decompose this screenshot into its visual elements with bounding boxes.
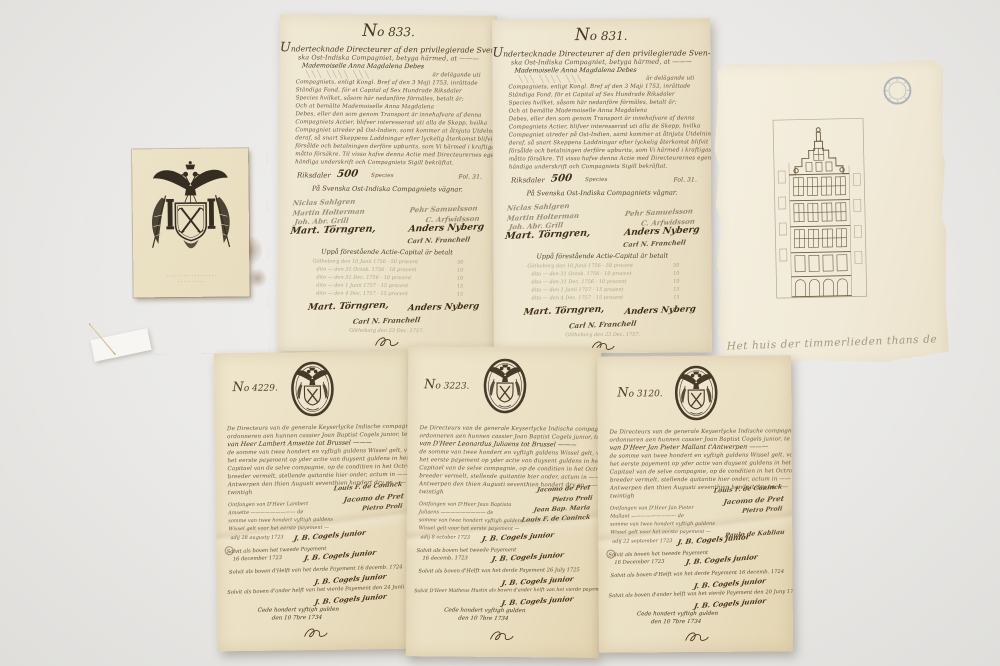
certificate-subline: ska Ost-Indiska Compagniet, betyga härme… <box>492 58 710 66</box>
payment-row-text: Götheborg den 10 Junii 1756 · 50 procent <box>527 264 633 270</box>
cashier-signature: Carl N. Franchell <box>278 314 496 327</box>
payment-table-title: Uppå förestående Actie-Capital är betalt <box>279 248 496 256</box>
date-line: Götheborg den 23 Dec. 1757. <box>278 328 495 335</box>
date-line: Götheborg den 23 Dec. 1757. <box>494 332 712 338</box>
payment-row-text: dito — den 31 Octob. 1756 · 10 procent <box>316 268 416 274</box>
riksdaler-amount: 500 <box>550 174 572 185</box>
coat-of-arms-illustration <box>145 158 236 259</box>
signature-flourish <box>488 629 516 643</box>
body-line: Och at bemälte Mademoiselle Anna Magdale… <box>296 104 435 111</box>
director-signature: Mart. Törngren, <box>523 306 605 318</box>
body-line: är delägande uti <box>432 73 480 79</box>
body-line: försålde och betalningen derföre upburit… <box>509 148 712 155</box>
faint-signature: Niclas Sahlgren <box>292 198 356 207</box>
shareholder-name: Mademoiselle Anna Magdalena Debes <box>301 63 424 70</box>
director-signature: Louis F. de Coninck <box>521 515 591 524</box>
director-signature: Anders Nyberg <box>624 305 696 316</box>
payer-name-line: van D'Heer Jan Pieter Mallant t'Antwerpe… <box>609 444 768 451</box>
payment-row-amount: 10 <box>457 276 463 281</box>
printed-line: Capitael van de selve compagnie, op de c… <box>610 469 793 476</box>
payment-row-text: dito — den 4 Dec. 1757 · 15 procent <box>316 292 408 298</box>
director-signature: Jacomo de Pret <box>723 495 784 506</box>
payment-row-text: dito — den 31 Dec. 1756 · 10 procent <box>531 280 626 285</box>
director-signature: Mart. Törngren, <box>307 302 389 313</box>
building-etching-sheet: Het huis der timmerlieden thans de <box>713 60 949 369</box>
signature-flourish <box>302 626 330 640</box>
receipt-date: adij 8 october 1723 <box>421 535 470 540</box>
company-line: På Svenska Ost-Indiska Compagniets vägna… <box>493 189 711 197</box>
solvit-date: 16 decemb. 1723 <box>422 556 467 562</box>
payment-row-amount: 10 <box>673 280 679 285</box>
solvit-line: Solvit als boven d'Helft van het derde P… <box>418 568 579 575</box>
body-line: Compagniet utreder på Ost-Indien, samt k… <box>295 128 497 135</box>
body-line: deraf, så snart Skeppens Laddningar efte… <box>509 140 709 147</box>
body-line: Compagniets, enligt Kongl. Bref af den 3… <box>296 80 478 87</box>
body-line: händiga underskrift och Compagniets Sigi… <box>295 160 454 167</box>
certificate-subline: ska Ost-Indiska Compagniet, betyga härme… <box>280 54 497 62</box>
body-line: är delägande uti <box>646 77 694 83</box>
auction-photo-scene: · · · · · · · · · · · · · · · · · · · · … <box>0 0 1000 666</box>
folio-number: Fol. 31. <box>458 174 482 180</box>
printed-line: het eerste payement op yder actie van du… <box>419 458 600 465</box>
cashier-signature: J. B. Cogels junior <box>314 593 387 606</box>
payer-name-line: van D'Heer Leonardus Juliaens tot Brusse… <box>419 441 577 449</box>
body-line: Compagniets Actier, blifver interesserad… <box>509 124 701 131</box>
payment-row-amount: 50 <box>673 264 679 269</box>
director-signature: Pietro Proli <box>551 496 593 504</box>
company-crest-medallion <box>289 360 336 419</box>
payment-row-text: dito — den 1 Junii 1757 · 15 procent <box>532 288 624 293</box>
armorial-mount-sheet: · · · · · · · · · · · · · · · · · · · · … <box>87 115 269 355</box>
species-label: Species <box>371 174 394 180</box>
receipt-line: Ontfangen van D'Heer Lambert <box>228 502 308 508</box>
receipt-line: Wissel gelt voor het eerste payement — <box>419 526 520 532</box>
riksdaler-label: Riksdaler <box>297 172 331 179</box>
printed-line: Capitael van de selve compagnie, op de c… <box>419 466 601 473</box>
body-line: måtto försäkre. Til visso hafve denna Ac… <box>295 152 497 159</box>
payment-row-amount: 50 <box>457 260 463 265</box>
cashier-signature: Carl N. Franchell <box>622 239 685 248</box>
riksdaler-label: Riksdaler <box>511 177 545 184</box>
body-line: Compagniets, enligt Kongl. Bref af den 3… <box>508 85 690 92</box>
receipt-line: somme van twee hondert vyftigh guldens <box>610 522 715 528</box>
payment-row-text: dito — den 1 Junii 1757 · 15 procent <box>316 284 408 290</box>
payment-row-amount: 10 <box>673 272 679 277</box>
cashier-signature: J. B. Cogels junior <box>501 575 574 586</box>
cancellation-marks: ╲╲╲ ╲╲╲╲ ╲╲╲ <box>306 71 371 78</box>
director-signature: Louis F. de Coninck <box>713 485 783 495</box>
receipt-line: somme van twee hondert vyftigh guldens <box>228 518 333 524</box>
signature-flourish <box>683 630 711 644</box>
payment-row-text: dito — den 4 Dec. 1757 · 15 procent <box>532 296 624 301</box>
building-etching-illustration <box>772 117 868 299</box>
species-label: Species <box>585 178 608 184</box>
printed-line: breeder vermelt, stellende quitantie hie… <box>419 474 600 481</box>
director-signature: Pietro Proli <box>741 506 782 515</box>
cashier-signature: J. B. Cogels junior <box>481 531 554 542</box>
payment-row-text: Götheborg den 10 Junii 1756 · 50 procent <box>312 259 418 265</box>
receipt-date: adij 28 augusty 1723 <box>230 535 283 541</box>
faint-signature: Martin Holterman <box>292 208 365 217</box>
cashier-signature: J. B. Cogels junior <box>491 551 564 562</box>
engraving-caption-line1: · · · · · · · · · · · · · · · · · · <box>133 274 249 278</box>
faint-signature: Pehr Samuelsson <box>625 207 694 217</box>
payment-row-text: dito — den 31 Octob. 1756 · 10 procent <box>531 272 631 278</box>
receipt-date: adij 22 september 1723 <box>612 539 672 544</box>
body-line: måtto försäkre. Til visso hafve denna Ac… <box>509 156 712 163</box>
printed-line: De Directeurs van de generale Keyserlyck… <box>420 426 602 433</box>
payment-row-amount: 10 <box>457 268 463 273</box>
body-line: deraf, så snart Skeppens Laddningar efte… <box>295 136 495 143</box>
body-line: Ständiga Fond, för et Capital af Sex Hun… <box>509 93 675 99</box>
faint-signature: Pehr Samuelsson <box>410 204 479 213</box>
director-signature: Jean Bap. Maria <box>533 505 591 514</box>
note-date: den 10 7bre 1734 <box>651 620 702 626</box>
receipt-number: No 3223. <box>424 378 470 391</box>
signature-flourish <box>372 335 402 349</box>
payment-row-amount: 15 <box>673 296 679 301</box>
printed-line: het eerste payement op yder actie van du… <box>610 461 791 468</box>
note-date: den 10 7bre 1734 <box>271 616 322 622</box>
engraving-caption-line2: · · · · · · · · · · <box>133 280 249 284</box>
handwritten-caption: Het huis der timmerlieden thans de <box>727 334 938 352</box>
receipt-line: Ontfangen van D'Heer Jan Pieter <box>610 506 694 512</box>
round-ink-stamp <box>881 74 914 107</box>
faint-signature: Niclas Sahlgren <box>506 202 570 212</box>
note-line: Cede hondert vyftigh gulden <box>444 608 526 614</box>
printed-line: de somme van twee hondert en vyftigh gul… <box>419 450 601 457</box>
cashier-signature: J. B. Cogels junior <box>501 595 574 606</box>
company-crest-medallion <box>673 364 719 422</box>
body-line: Species hvilket, såsom här nedanföre för… <box>296 96 464 103</box>
armorial-print: · · · · · · · · · · · · · · · · · · · · … <box>132 148 250 297</box>
body-line: Species hvilket, såsom här nedanföre för… <box>509 101 677 107</box>
cashier-signature: Carl N. Franchell <box>493 317 712 333</box>
gic-receipt-3120: No 3120. De Directeurs van de generale K… <box>597 355 793 652</box>
director-signature: Pietro Proli <box>361 504 402 513</box>
body-line: Ständiga Fond, för et Capital af Sex Hun… <box>296 88 462 95</box>
shareholder-name: Mademoiselle Anna Magdalena Debes <box>514 68 637 75</box>
director-signature: Anders Nyberg <box>408 223 485 234</box>
receipt-line: Amsette ————————— de <box>228 510 303 516</box>
printed-line: De Directeurs van de generale Keyserlyck… <box>609 429 793 436</box>
payment-table-title: Uppå förestående Actie-Capital är betalt <box>493 252 711 260</box>
payment-row-amount: 15 <box>457 292 463 297</box>
note-date: den 10 7bre 1734 <box>458 617 509 623</box>
foxing-stain <box>248 267 266 289</box>
receipt-line: Ontfangen van D'Heer Jean Baptista <box>419 502 511 508</box>
body-line: Debes, eller den som genom Transport är … <box>509 117 695 124</box>
director-signature: Mart. Törngren, <box>290 224 377 236</box>
certificate-number: No 833. <box>280 22 497 41</box>
company-line: På Svenska Ost-Indiska Compagniets vägna… <box>279 185 496 193</box>
director-signature: Jacomo de Pret <box>537 485 591 493</box>
note-line: Cede hondert vyftigh gulden <box>637 612 719 618</box>
printed-line: twintigh <box>228 491 253 497</box>
cashier-signature: Carl N. Franchell <box>407 236 471 244</box>
gic-receipt-4229: No 4229. De Directeurs van de generale K… <box>214 351 414 652</box>
director-signature: Mart. Törngren, <box>504 229 591 242</box>
body-line: försålde och betalningen derföre upburit… <box>295 144 497 151</box>
printed-line: breeder vermelt, stellende quitantie hie… <box>610 477 791 484</box>
cashier-signature: J. B. Cogels junior <box>694 597 767 609</box>
gic-receipt-3223: No 3223. De Directeurs van de generale K… <box>406 346 602 658</box>
solvit-date: 16 december 1723 <box>233 556 282 563</box>
receipt-number: No 3120. <box>617 386 663 399</box>
payment-row-text: dito — den 31 Dec. 1756 · 10 procent <box>316 276 411 282</box>
receipt-line: Juliaens ————————— de <box>419 510 494 516</box>
folio-number: Fol. 31. <box>673 178 697 184</box>
company-crest-medallion <box>482 357 529 415</box>
note-line: Cede hondert vyftigh gulden <box>257 608 339 615</box>
soic-certificate-833: No 833. Undertecknade Directeurer af den… <box>278 14 497 353</box>
printed-line: twintigh <box>610 494 634 500</box>
body-line: Och at bemälte Mademoiselle Anna Magdale… <box>509 109 648 115</box>
printed-line: twintigh <box>419 490 444 496</box>
solvit-date: 16 December 1723 <box>614 560 664 566</box>
certificate-number: No 831. <box>492 26 710 44</box>
director-signature: Anders Nyberg <box>407 302 480 312</box>
soic-certificate-831: No 831. Undertecknade Directeurer af den… <box>492 18 712 353</box>
receipt-line: somme van twee hondert vyftigh guldens <box>419 518 524 524</box>
payment-row-amount: 15 <box>673 288 679 293</box>
cashier-signature: J. B. Cogels junior <box>693 577 766 589</box>
payment-row-amount: 15 <box>457 284 463 289</box>
body-line: Debes, eller den som genom Transport är … <box>295 112 481 119</box>
body-line: händiga underskrift och Compagniets Sigi… <box>509 165 668 171</box>
printed-line: de somme van twee hondert en vyftigh gul… <box>610 453 793 460</box>
receipt-line: Mallant ————————— de <box>610 514 684 520</box>
receipt-number: No 4229. <box>232 380 278 394</box>
director-signature: Anders Nyberg <box>623 226 700 238</box>
cancellation-marks: ╲╲╲ ╲╲╲╲ ╲╲╲ <box>518 76 583 83</box>
cashier-signature: J. B. Cogels junior <box>314 573 387 586</box>
director-signature: Jacomo de Pret <box>343 492 404 503</box>
riksdaler-amount: 500 <box>336 169 358 180</box>
body-line: Compagniets Actier, blifver interesserad… <box>295 120 487 127</box>
body-line: Compagniet utreder på Ost-Indien, samt k… <box>509 132 712 139</box>
payer-name-line: van Heer Lambert Amsette tot Brussel ——— <box>227 440 372 448</box>
receipt-line: Wissel gelt voor het eerste payement — <box>610 530 711 536</box>
